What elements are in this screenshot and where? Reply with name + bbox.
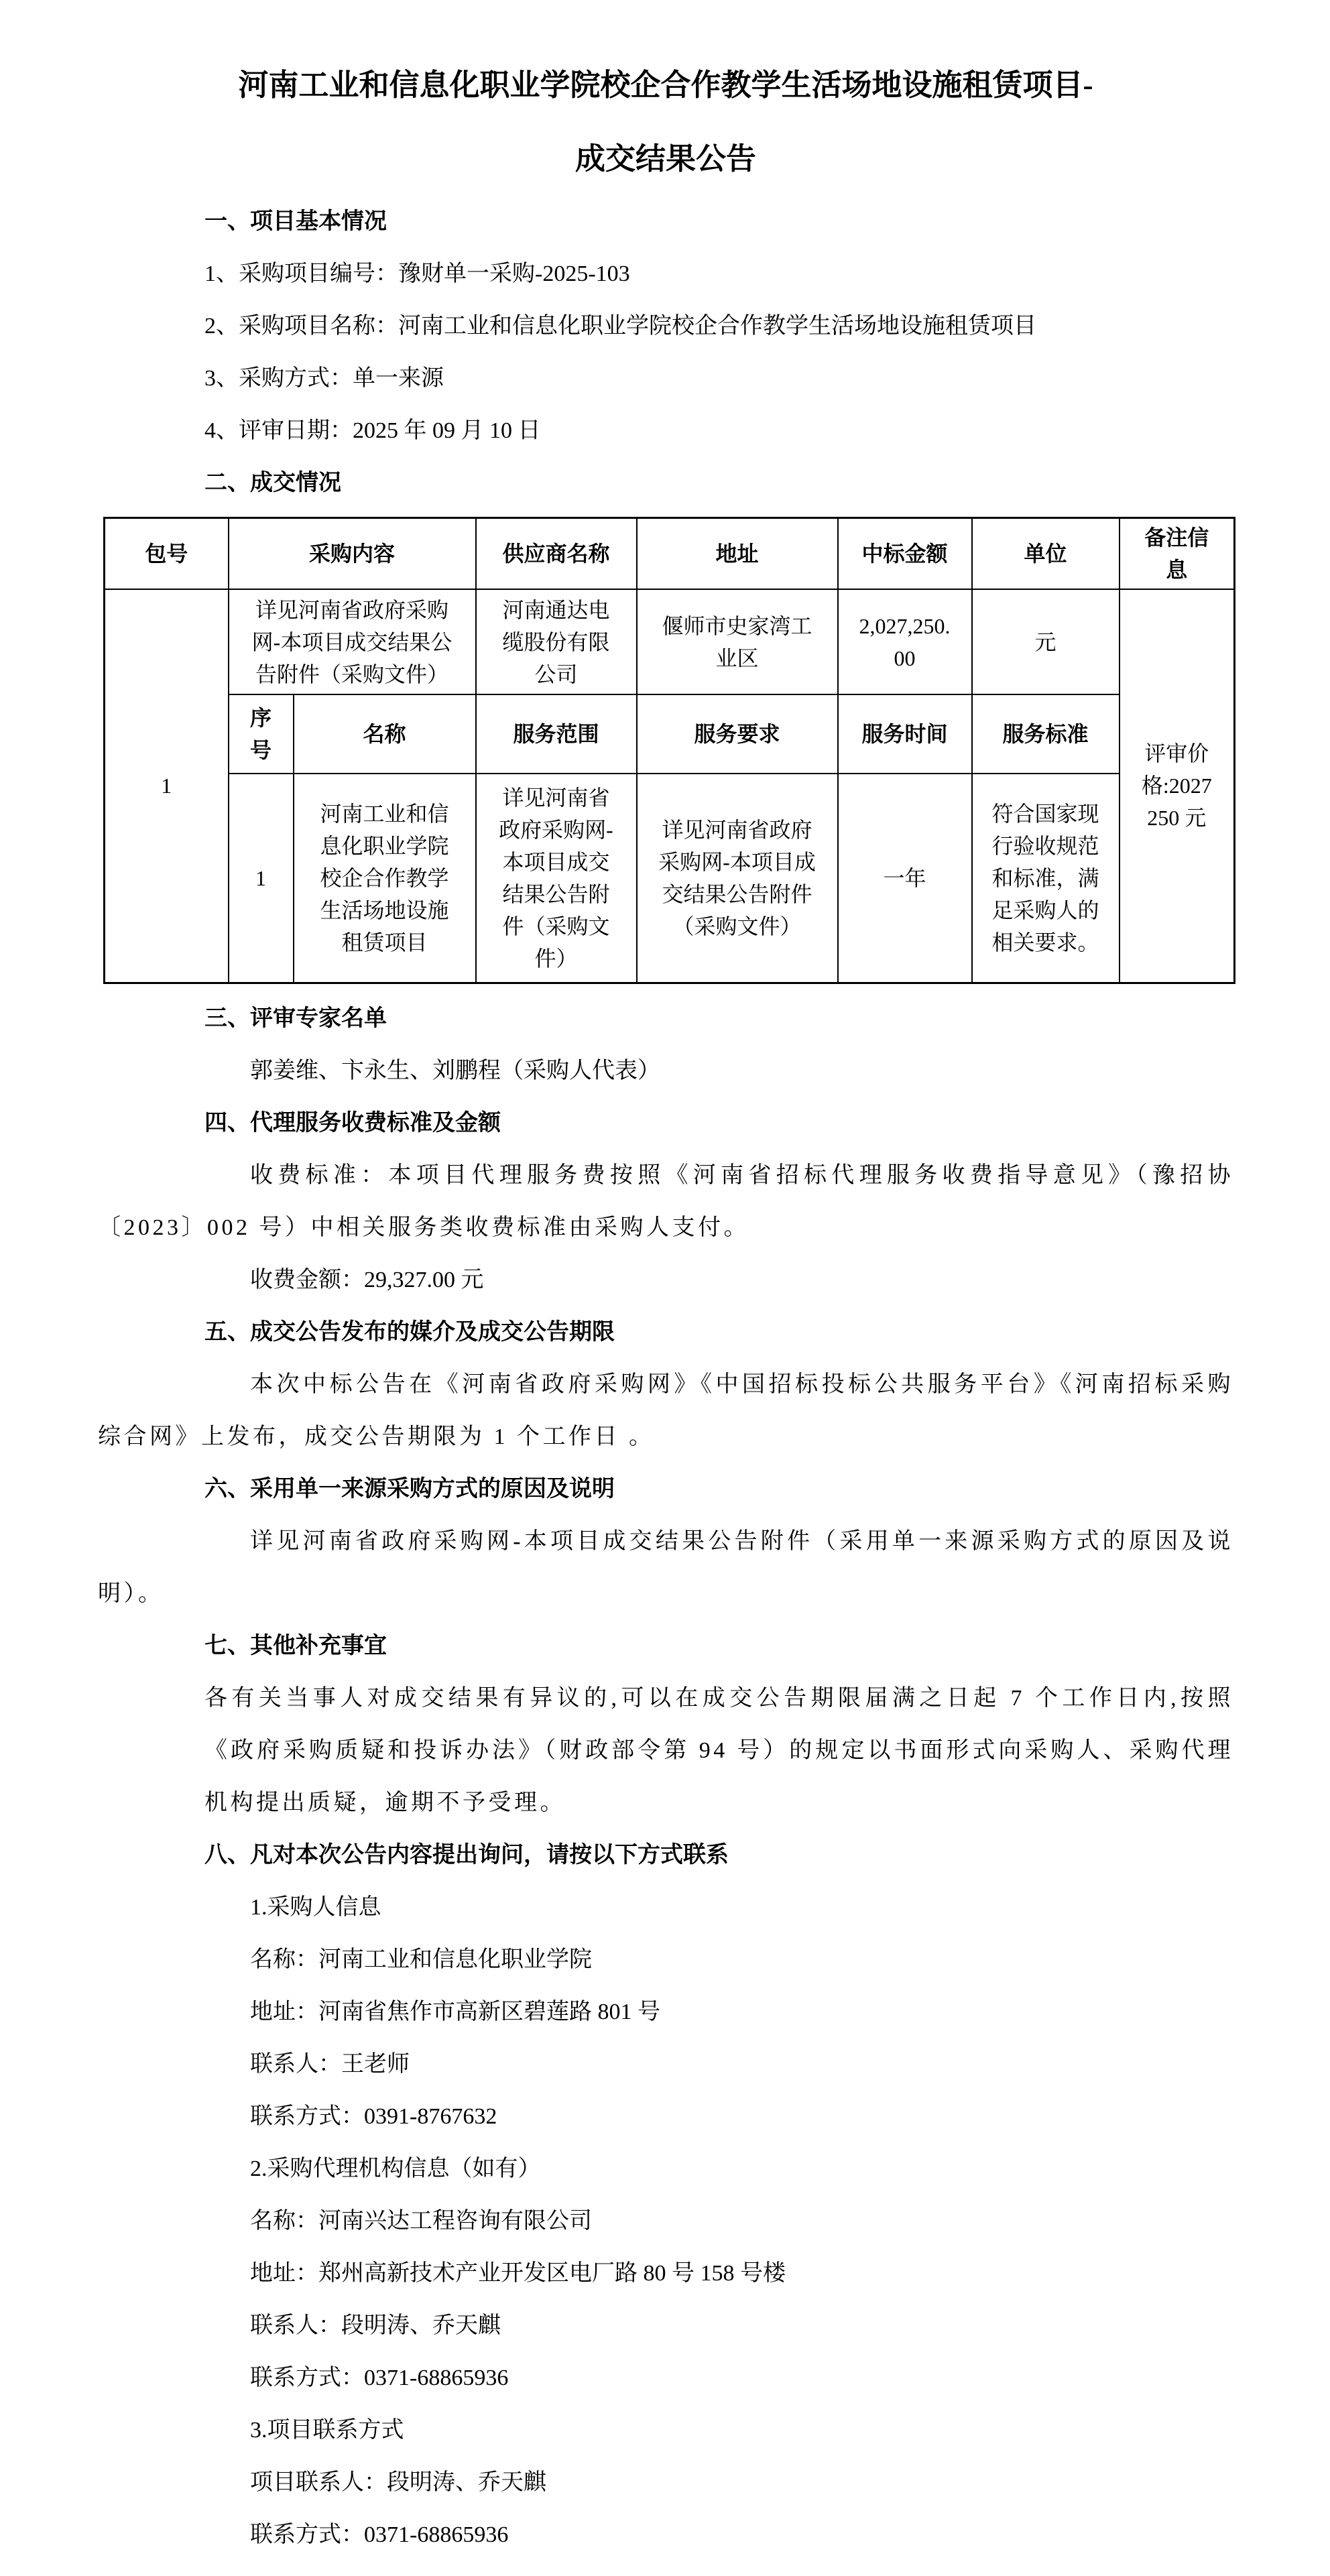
purchaser-info-label: 1.采购人信息 (98, 1882, 1233, 1934)
cell-seq-no: 1 (229, 774, 294, 983)
table-header-row: 包号 采购内容 供应商名称 地址 中标金额 单位 备注信息 (105, 518, 1235, 590)
objection-notice-paragraph: 各有关当事人对成交结果有异议的,可以在成交公告期限届满之日起 7 个工作日内,按… (98, 1672, 1233, 1829)
purchaser-contact-line: 联系人：王老师 (98, 2038, 1233, 2091)
fee-standard-paragraph: 收费标准：本项目代理服务费按照《河南省招标代理服务收费指导意见》（豫招协〔202… (98, 1150, 1233, 1254)
agency-phone-line: 联系方式：0371-68865936 (98, 2352, 1233, 2404)
cell-remark: 评审价格:2027250 元 (1120, 589, 1235, 983)
single-source-reason-paragraph: 详见河南省政府采购网-本项目成交结果公告附件（采用单一来源采购方式的原因及说明）… (98, 1516, 1233, 1620)
cell-supplier-address: 偃师市史家湾工业区 (637, 589, 838, 694)
cell-service-standard: 符合国家现行验收规范和标准，满足采购人的相关要求。 (972, 774, 1120, 983)
col-header-amount: 中标金额 (838, 518, 972, 590)
expert-list-line: 郭姜维、卞永生、刘鹏程（采购人代表） (98, 1045, 1233, 1097)
title-line-1: 河南工业和信息化职业学院校企合作教学生活场地设施租赁项目- (98, 48, 1233, 122)
col-header-address: 地址 (637, 518, 838, 590)
col-header-package: 包号 (105, 518, 229, 590)
agency-address-line: 地址：郑州高新技术产业开发区电厂路 80 号 158 号楼 (98, 2248, 1233, 2300)
cell-award-amount: 2,027,250.00 (838, 589, 972, 694)
cell-service-time: 一年 (838, 774, 972, 983)
col-header-remark: 备注信息 (1120, 518, 1235, 590)
agency-name-line: 名称：河南兴达工程咨询有限公司 (98, 2195, 1233, 2248)
col-header-supplier: 供应商名称 (476, 518, 637, 590)
subcol-header-time: 服务时间 (838, 694, 972, 774)
announcement-media-paragraph: 本次中标公告在《河南省政府采购网》《中国招标投标公共服务平台》《河南招标采购综合… (98, 1359, 1233, 1463)
project-contact-label: 3.项目联系方式 (98, 2404, 1233, 2457)
document-title: 河南工业和信息化职业学院校企合作教学生活场地设施租赁项目- 成交结果公告 (98, 48, 1233, 196)
section-1-heading: 一、项目基本情况 (98, 196, 1233, 248)
purchaser-phone-line: 联系方式：0391-8767632 (98, 2091, 1233, 2143)
cell-procurement-content: 详见河南省政府采购网-本项目成交结果公告附件（采购文件） (229, 589, 476, 694)
award-result-table: 包号 采购内容 供应商名称 地址 中标金额 单位 备注信息 1 详见河南省政府采… (103, 517, 1235, 984)
table-subheader-row: 序号 名称 服务范围 服务要求 服务时间 服务标准 (105, 694, 1235, 774)
section-5-heading: 五、成交公告发布的媒介及成交公告期限 (98, 1306, 1233, 1359)
col-header-unit: 单位 (972, 518, 1120, 590)
purchaser-address-line: 地址：河南省焦作市高新区碧莲路 801 号 (98, 1986, 1233, 2038)
section-6-heading: 六、采用单一来源采购方式的原因及说明 (98, 1463, 1233, 1516)
project-contact-line: 项目联系人：段明涛、乔天麒 (98, 2457, 1233, 2509)
section-3-heading: 三、评审专家名单 (98, 993, 1233, 1045)
document-page: 河南工业和信息化职业学院校企合作教学生活场地设施租赁项目- 成交结果公告 一、项… (0, 0, 1330, 2576)
section-4-heading: 四、代理服务收费标准及金额 (98, 1097, 1233, 1150)
subcol-header-name: 名称 (294, 694, 476, 774)
table-data-row: 1 详见河南省政府采购网-本项目成交结果公告附件（采购文件） 河南通达电缆股份有… (105, 589, 1235, 694)
subcol-header-seq: 序号 (229, 694, 294, 774)
agency-info-label: 2.采购代理机构信息（如有） (98, 2143, 1233, 2195)
cell-package-no: 1 (105, 589, 229, 983)
review-date-line: 4、评审日期：2025 年 09 月 10 日 (98, 405, 1233, 457)
subcol-header-scope: 服务范围 (476, 694, 637, 774)
cell-service-requirement: 详见河南省政府采购网-本项目成交结果公告附件（采购文件） (637, 774, 838, 983)
title-line-2: 成交结果公告 (98, 122, 1233, 196)
cell-service-name: 河南工业和信息化职业学院校企合作教学生活场地设施租赁项目 (294, 774, 476, 983)
purchaser-name-line: 名称：河南工业和信息化职业学院 (98, 1934, 1233, 1986)
cell-service-scope: 详见河南省政府采购网-本项目成交结果公告附件（采购文件） (476, 774, 637, 983)
section-7-heading: 七、其他补充事宜 (98, 1620, 1233, 1672)
project-name-line: 2、采购项目名称：河南工业和信息化职业学院校企合作教学生活场地设施租赁项目 (98, 300, 1233, 353)
project-number-line: 1、采购项目编号：豫财单一采购-2025-103 (98, 248, 1233, 300)
agency-contact-line: 联系人：段明涛、乔天麒 (98, 2300, 1233, 2352)
section-8-heading: 八、凡对本次公告内容提出询问，请按以下方式联系 (98, 1829, 1233, 1882)
cell-supplier-name: 河南通达电缆股份有限公司 (476, 589, 637, 694)
fee-amount-line: 收费金额：29,327.00 元 (98, 1254, 1233, 1306)
col-header-content: 采购内容 (229, 518, 476, 590)
table-subdata-row: 1 河南工业和信息化职业学院校企合作教学生活场地设施租赁项目 详见河南省政府采购… (105, 774, 1235, 983)
subcol-header-standard: 服务标准 (972, 694, 1120, 774)
subcol-header-requirement: 服务要求 (637, 694, 838, 774)
cell-amount-unit: 元 (972, 589, 1120, 694)
procurement-method-line: 3、采购方式：单一来源 (98, 353, 1233, 405)
section-2-heading: 二、成交情况 (98, 457, 1233, 509)
project-phone-line: 联系方式：0371-68865936 (98, 2509, 1233, 2561)
